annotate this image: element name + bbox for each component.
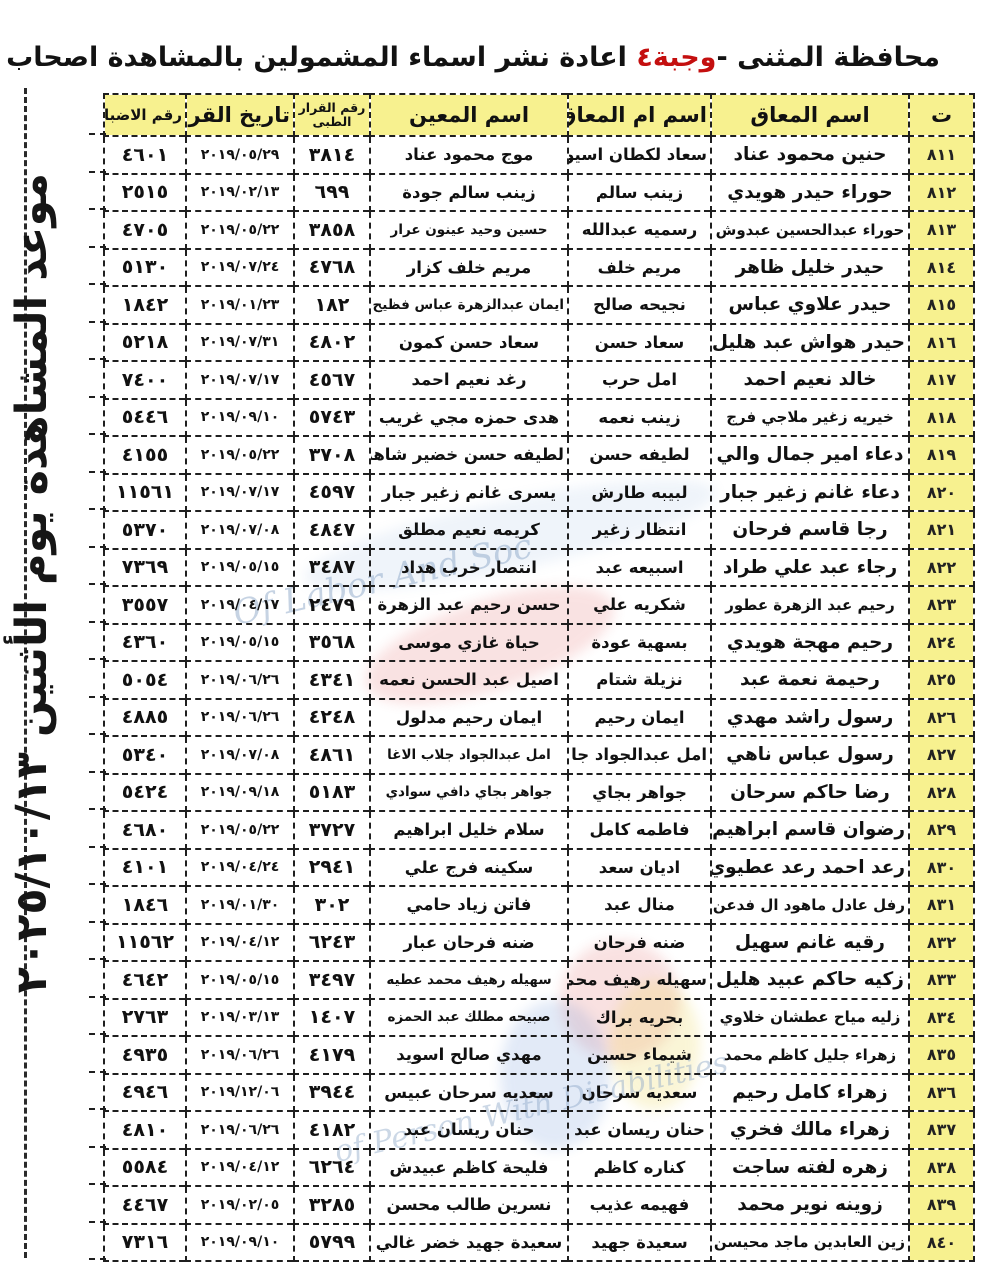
cell-mother: اديان سعد [568,849,711,887]
table-row: ٨١٨خيريه زغير ملاجي فرجزينب نعمههدى حمزه… [104,399,974,437]
cell-appointee: سعاد حسن كمون [370,324,568,362]
cell-disabled: خالد نعيم احمد [711,361,909,399]
cell-appointee: فليحة كاظم عبيدش [370,1149,568,1187]
table-row: ٨٢٣رحيم عبد الزهرة عطورشكريه عليحسن رحيم… [104,586,974,624]
viewing-appointment-date: ٢٠٢٥/١٠/١٣ [7,752,57,993]
cell-file_no: ٤١٠١ [104,849,186,887]
cell-mother: حنان ريسان عبد [568,1111,711,1149]
cell-date: ٢٠١٩/١٢/٠٦ [186,1074,294,1112]
cell-date: ٢٠١٩/٠١/٢٣ [186,286,294,324]
table-row: ٨٤٠زين العابدين ماجد محيسنسعيدة جهيدسعيد… [104,1224,974,1262]
cell-disabled: دعاء امير جمال والي [711,436,909,474]
cell-medical_no: ٢٩٤١ [294,849,370,887]
cell-seq: ٨٣٢ [909,924,974,962]
cell-appointee: ايمان رحيم مدلول [370,699,568,737]
row-line-tick [89,883,106,885]
row-line-tick [89,733,106,735]
row-line-tick [89,846,106,848]
cell-seq: ٨٣٠ [909,849,974,887]
row-line-tick [89,658,106,660]
cell-file_no: ٥٤٤٦ [104,399,186,437]
cell-seq: ٨٣٧ [909,1111,974,1149]
cell-mother: امل عبدالجواد جا [568,736,711,774]
row-line-tick [89,546,106,548]
row-line-tick [89,358,106,360]
cell-file_no: ٤٦٤٢ [104,961,186,999]
cell-mother: شيماء حسين [568,1036,711,1074]
cell-seq: ٨٢٩ [909,811,974,849]
cell-mother: لطيفه حسن [568,436,711,474]
cell-medical_no: ١٤٠٧ [294,999,370,1037]
cell-medical_no: ٣٢٨٥ [294,1186,370,1224]
cell-appointee: ضنه فرحان عبار [370,924,568,962]
cell-disabled: رجاء عبد علي طراد [711,549,909,587]
page-title: محافظة المثنى -وجبة٤ اعادة نشر اسماء الم… [15,42,940,73]
row-line-tick [89,583,106,585]
cell-mother: نزيلة شتام [568,661,711,699]
cell-medical_no: ٣٤٩٧ [294,961,370,999]
cell-date: ٢٠١٩/٠٩/١٠ [186,399,294,437]
cell-appointee: صبيحه مطلك عبد الحمزه [370,999,568,1037]
cell-medical_no: ١٨٢ [294,286,370,324]
cell-seq: ٨٢٥ [909,661,974,699]
cell-date: ٢٠١٩/٠٩/١٠ [186,1224,294,1262]
cell-medical_no: ٤٨٠٢ [294,324,370,362]
row-line-tick [89,996,106,998]
cell-file_no: ٥٤٢٤ [104,774,186,812]
cell-disabled: رحيمة نعمة عبد [711,661,909,699]
cell-appointee: سعديه سرحان عبيس [370,1074,568,1112]
cell-disabled: رقيه غانم سهيل [711,924,909,962]
cell-date: ٢٠١٩/٠٢/١٣ [186,174,294,212]
cell-file_no: ٢٧٦٣ [104,999,186,1037]
scanned-document-page: { "title": { "prefix": "محافظة المثنى -"… [0,0,990,1280]
cell-file_no: ٧٣٦٩ [104,549,186,587]
cell-file_no: ٤٨٨٥ [104,699,186,737]
cell-disabled: رسول عباس ناهي [711,736,909,774]
cell-mother: سعاد حسن [568,324,711,362]
cell-file_no: ٤٧٠٥ [104,211,186,249]
cell-disabled: رحيم مهجة هويدي [711,624,909,662]
cell-appointee: حنان ريسان عبد [370,1111,568,1149]
cell-date: ٢٠١٩/٠٥/٢٢ [186,211,294,249]
cell-seq: ٨٢٢ [909,549,974,587]
cell-disabled: رضوان قاسم ابراهيم [711,811,909,849]
cell-mother: ايمان رحيم [568,699,711,737]
table-row: ٨٢٨رضا حاكم سرحانجواهر بجايجواهر بجاي دا… [104,774,974,812]
cell-appointee: مريم خلف كزار [370,249,568,287]
cell-mother: جواهر بجاي [568,774,711,812]
cell-mother: امل حرب [568,361,711,399]
cell-medical_no: ٤٢٤٨ [294,699,370,737]
cell-disabled: حنين محمود عناد [711,136,909,174]
table-row: ٨٣٢رقيه غانم سهيلضنه فرحانضنه فرحان عبار… [104,924,974,962]
row-line-tick [89,1071,106,1073]
cell-appointee: سعيدة جهيد خضر غالي [370,1224,568,1262]
header-medical-no-line1: رقم القرار [296,101,368,115]
cell-appointee: جواهر بجاي دافي سوادي [370,774,568,812]
records-body: ٨١١حنين محمود عنادسعاد لكطان اسيوموج محم… [104,136,974,1261]
row-line-tick [89,1108,106,1110]
cell-mother: ضنه فرحان [568,924,711,962]
cell-seq: ٨٢١ [909,511,974,549]
cell-disabled: خيريه زغير ملاجي فرج [711,399,909,437]
table-row: ٨٢٥رحيمة نعمة عبدنزيلة شتاماصيل عبد الحس… [104,661,974,699]
cell-medical_no: ٤١٨٢ [294,1111,370,1149]
table-row: ٨١٦حيدر هواش عبد هليلسعاد حسنسعاد حسن كم… [104,324,974,362]
cell-date: ٢٠١٩/٠١/٣٠ [186,886,294,924]
cell-seq: ٨١٥ [909,286,974,324]
cell-date: ٢٠١٩/٠٦/٢٦ [186,699,294,737]
cell-medical_no: ٦٢٦٤ [294,1149,370,1187]
row-line-tick [89,696,106,698]
row-line-tick [89,1258,106,1260]
header-appointee-name: اسم المعين [370,94,568,136]
cell-date: ٢٠١٩/٠٥/٢٩ [186,136,294,174]
cell-seq: ٨٢٤ [909,624,974,662]
cell-appointee: كريمه نعيم مطلق [370,511,568,549]
cell-file_no: ١٨٤٦ [104,886,186,924]
cell-appointee: لطيفه حسن خضير شاهر [370,436,568,474]
cell-mother: لبيبه طارش [568,474,711,512]
cell-file_no: ٣٥٥٧ [104,586,186,624]
cell-mother: سعديه سرحان [568,1074,711,1112]
cell-appointee: رغد نعيم احمد [370,361,568,399]
cell-appointee: حسن رحيم عبد الزهرة [370,586,568,624]
cell-medical_no: ٣٧٢٧ [294,811,370,849]
cell-medical_no: ٣٨٥٨ [294,211,370,249]
cell-mother: مريم خلف [568,249,711,287]
cell-disabled: زين العابدين ماجد محيسن [711,1224,909,1262]
cell-mother: منال عبد [568,886,711,924]
cell-appointee: يسرى غانم زغير جبار [370,474,568,512]
cell-appointee: حياة غازي موسى [370,624,568,662]
cell-mother: بحريه براك [568,999,711,1037]
header-seq: ت [909,94,974,136]
table-row: ٨١٤حيدر خليل ظاهرمريم خلفمريم خلف كزار٤٧… [104,249,974,287]
cell-appointee: مهدي صالح اسويد [370,1036,568,1074]
cell-medical_no: ٤٨٤٧ [294,511,370,549]
cell-appointee: سلام خليل ابراهيم [370,811,568,849]
cell-seq: ٨٣٦ [909,1074,974,1112]
row-line-tick [89,1221,106,1223]
row-line-tick [89,283,106,285]
cell-file_no: ٤٤٦٧ [104,1186,186,1224]
cell-medical_no: ٤٨٦١ [294,736,370,774]
row-line-tick [89,321,106,323]
cell-date: ٢٠١٩/٠٤/١٢ [186,1149,294,1187]
cell-file_no: ٤٨١٠ [104,1111,186,1149]
cell-disabled: زهراء جليل كاظم محمد [711,1036,909,1074]
table-row: ٨٢٠دعاء غانم زغير جبارلبيبه طارشيسرى غان… [104,474,974,512]
header-disabled-name: اسم المعاق [711,94,909,136]
cell-seq: ٨١٢ [909,174,974,212]
header-mother-name: اسم ام المعاق [568,94,711,136]
cell-date: ٢٠١٩/٠٥/٢٢ [186,811,294,849]
cell-seq: ٨٣٨ [909,1149,974,1187]
header-medical-no: رقم القرار الطبى [294,94,370,136]
cell-file_no: ٤١٥٥ [104,436,186,474]
cell-appointee: ايمان عبدالزهرة عباس فظيح [370,286,568,324]
cell-disabled: حوراء عبدالحسين عبدوش [711,211,909,249]
row-line-tick [89,621,106,623]
cell-seq: ٨١٨ [909,399,974,437]
cell-disabled: زليه مياح عطشان خلاوي [711,999,909,1037]
cell-date: ٢٠١٩/٠٥/١٥ [186,549,294,587]
cell-file_no: ٥٢١٨ [104,324,186,362]
cell-disabled: زكيه حاكم عبيد هليل [711,961,909,999]
cell-disabled: حيدر علاوي عباس [711,286,909,324]
title-batch: وجبة٤ [636,42,716,73]
row-line-tick [89,433,106,435]
cell-date: ٢٠١٩/٠٤/١٧ [186,586,294,624]
row-line-tick [89,808,106,810]
cell-mother: فهيمه عذيب [568,1186,711,1224]
table-row: ٨٣١رفل عادل ماهود ال فدعنمنال عبدفاتن زي… [104,886,974,924]
cell-appointee: انتصار حرب هداد [370,549,568,587]
table-row: ٨٢١رجا قاسم فرحانانتظار زغيركريمه نعيم م… [104,511,974,549]
cell-disabled: رسول راشد مهدي [711,699,909,737]
cell-date: ٢٠١٩/٠٥/٢٢ [186,436,294,474]
cell-mother: انتظار زغير [568,511,711,549]
cell-seq: ٨٢٨ [909,774,974,812]
cell-seq: ٨٣١ [909,886,974,924]
cell-seq: ٨٣٣ [909,961,974,999]
row-line-tick [89,508,106,510]
cell-date: ٢٠١٩/٠٦/٢٦ [186,1111,294,1149]
cell-appointee: هدى حمزه مجي غريب [370,399,568,437]
cell-disabled: حيدر خليل ظاهر [711,249,909,287]
cell-seq: ٨١٧ [909,361,974,399]
cell-date: ٢٠١٩/٠٧/١٧ [186,361,294,399]
cell-file_no: ٥٥٨٤ [104,1149,186,1187]
cell-file_no: ١٨٤٢ [104,286,186,324]
cell-seq: ٨٢٠ [909,474,974,512]
cell-date: ٢٠١٩/٠٧/٣١ [186,324,294,362]
table-row: ٨١٩دعاء امير جمال واليلطيفه حسنلطيفه حسن… [104,436,974,474]
row-line-tick [89,471,106,473]
cell-mother: شكريه علي [568,586,711,624]
cell-medical_no: ٤١٧٩ [294,1036,370,1074]
cell-medical_no: ٣٨١٤ [294,136,370,174]
row-line-tick [89,246,106,248]
cell-seq: ٨١٤ [909,249,974,287]
cell-mother: سهيله رهيف محمد [568,961,711,999]
row-line-tick [89,1183,106,1185]
cell-seq: ٨١٣ [909,211,974,249]
cell-disabled: رجا قاسم فرحان [711,511,909,549]
cell-disabled: زهراء مالك فخري [711,1111,909,1149]
cell-appointee: حسين وحيد عينون عرار [370,211,568,249]
table-row: ٨٣٧زهراء مالك فخريحنان ريسان عبدحنان ريس… [104,1111,974,1149]
cell-appointee: سكينه فرج علي [370,849,568,887]
cell-medical_no: ٥٧٤٣ [294,399,370,437]
cell-file_no: ١١٥٦٢ [104,924,186,962]
cell-date: ٢٠١٩/٠٩/١٨ [186,774,294,812]
cell-seq: ٨٣٥ [909,1036,974,1074]
beneficiaries-table: ت اسم المعاق اسم ام المعاق اسم المعين رق… [103,93,975,1262]
cell-date: ٢٠١٩/٠٣/١٣ [186,999,294,1037]
table-row: ٨٣٣زكيه حاكم عبيد هليلسهيله رهيف محمدسهي… [104,961,974,999]
cell-disabled: زوينه نوير محمد [711,1186,909,1224]
cell-disabled: رفل عادل ماهود ال فدعن [711,886,909,924]
cell-file_no: ٤٩٣٥ [104,1036,186,1074]
cell-disabled: حيدر هواش عبد هليل [711,324,909,362]
cell-appointee: نسرين طالب محسن [370,1186,568,1224]
table-row: ٨٣٥زهراء جليل كاظم محمدشيماء حسينمهدي صا… [104,1036,974,1074]
row-line-tick [89,208,106,210]
table-row: ٨٢٤رحيم مهجة هويديبسهية عودةحياة غازي مو… [104,624,974,662]
cell-appointee: زينب سالم جودة [370,174,568,212]
cell-mother: فاطمه كامل [568,811,711,849]
cell-mother: كناره كاظم [568,1149,711,1187]
cell-file_no: ١١٥٦١ [104,474,186,512]
row-line-tick [89,958,106,960]
cell-seq: ٨٣٩ [909,1186,974,1224]
cell-appointee: سهيله رهيف محمد عطيه [370,961,568,999]
cell-date: ٢٠١٩/٠٧/١٧ [186,474,294,512]
cell-disabled: دعاء غانم زغير جبار [711,474,909,512]
table-row: ٨١٣حوراء عبدالحسين عبدوشرسميه عبداللهحسي… [104,211,974,249]
cell-seq: ٨١٦ [909,324,974,362]
cell-date: ٢٠١٩/٠٧/٠٨ [186,736,294,774]
cell-file_no: ٥٠٥٤ [104,661,186,699]
cell-appointee: فاتن زياد حامي [370,886,568,924]
cell-medical_no: ٣٩٤٤ [294,1074,370,1112]
cell-date: ٢٠١٩/٠٦/٢٦ [186,661,294,699]
cell-appointee: موج محمود عناد [370,136,568,174]
cell-medical_no: ٣٧٠٨ [294,436,370,474]
table-row: ٨٣٩زوينه نوير محمدفهيمه عذيبنسرين طالب م… [104,1186,974,1224]
cell-disabled: رضا حاكم سرحان [711,774,909,812]
cell-mother: نجيحه صالح [568,286,711,324]
cell-date: ٢٠١٩/٠٥/١٥ [186,961,294,999]
row-line-tick [89,1146,106,1148]
header-medical-no-line2: الطبى [296,115,368,129]
table-row: ٨١٧خالد نعيم احمدامل حربرغد نعيم احمد٤٥٦… [104,361,974,399]
cell-seq: ٨٢٦ [909,699,974,737]
table-row: ٨١١حنين محمود عنادسعاد لكطان اسيوموج محم… [104,136,974,174]
cell-medical_no: ٦٩٩ [294,174,370,212]
header-row: ت اسم المعاق اسم ام المعاق اسم المعين رق… [104,94,974,136]
cell-medical_no: ٥١٨٣ [294,774,370,812]
cell-medical_no: ٤٥٦٧ [294,361,370,399]
cell-mother: زينب نعمه [568,399,711,437]
cell-seq: ٨٣٤ [909,999,974,1037]
cell-disabled: رحيم عبد الزهرة عطور [711,586,909,624]
cell-date: ٢٠١٩/٠٧/٠٨ [186,511,294,549]
header-file-no: رقم الاضبارة [104,94,186,136]
cell-medical_no: ٣٤٨٧ [294,549,370,587]
row-line-tick [89,771,106,773]
cell-file_no: ٢٥١٥ [104,174,186,212]
row-line-tick [89,171,106,173]
row-line-tick [89,1033,106,1035]
cell-file_no: ٧٣١٦ [104,1224,186,1262]
cell-seq: ٨٢٣ [909,586,974,624]
cell-mother: سعاد لكطان اسيو [568,136,711,174]
cell-date: ٢٠١٩/٠٤/٢٤ [186,849,294,887]
cell-medical_no: ٣٥٦٨ [294,624,370,662]
header-decision-date: تاريخ القرار [186,94,294,136]
cell-file_no: ٥٣٧٠ [104,511,186,549]
cell-medical_no: ٥٧٩٩ [294,1224,370,1262]
table-row: ٨٢٧رسول عباس ناهيامل عبدالجواد جاامل عبد… [104,736,974,774]
cell-seq: ٨٤٠ [909,1224,974,1262]
cell-mother: رسميه عبدالله [568,211,711,249]
cell-date: ٢٠١٩/٠٦/٢٦ [186,1036,294,1074]
row-line-tick [89,921,106,923]
table-row: ٨٣٠رعد احمد رعد عطيوياديان سعدسكينه فرج … [104,849,974,887]
cell-mother: سعيدة جهيد [568,1224,711,1262]
cell-appointee: اصيل عبد الحسن نعمه [370,661,568,699]
table-row: ٨٢٢رجاء عبد علي طراداسبيعه عبدانتصار حرب… [104,549,974,587]
cell-file_no: ٤٦٨٠ [104,811,186,849]
cell-mother: بسهية عودة [568,624,711,662]
cell-date: ٢٠١٩/٠٧/٢٤ [186,249,294,287]
row-line-tick [89,396,106,398]
title-middle: اعادة نشر اسماء المشمولين بالمشاهدة اصحا… [0,42,636,73]
cell-file_no: ٧٤٠٠ [104,361,186,399]
cell-file_no: ٤٩٤٦ [104,1074,186,1112]
cell-medical_no: ٤٥٩٧ [294,474,370,512]
viewing-appointment-text: موعد المشاهدة يوم الأثنين [7,173,57,737]
title-prefix: محافظة المثنى - [716,42,940,73]
cell-disabled: حوراء حيدر هويدي [711,174,909,212]
cell-seq: ٨١٩ [909,436,974,474]
table-row: ٨١٢حوراء حيدر هويديزينب سالمزينب سالم جو… [104,174,974,212]
cell-file_no: ٤٣٦٠ [104,624,186,662]
cell-mother: اسبيعه عبد [568,549,711,587]
table-row: ٨٢٦رسول راشد مهديايمان رحيمايمان رحيم مد… [104,699,974,737]
table-row: ٨٣٦زهراء كامل رحيمسعديه سرحانسعديه سرحان… [104,1074,974,1112]
cell-medical_no: ٢٤٧٩ [294,586,370,624]
cell-file_no: ٥٣٤٠ [104,736,186,774]
table-row: ٨٣٨زهره لفته ساجتكناره كاظمفليحة كاظم عب… [104,1149,974,1187]
cell-medical_no: ٤٧٦٨ [294,249,370,287]
cell-date: ٢٠١٩/٠٥/١٥ [186,624,294,662]
cell-seq: ٨١١ [909,136,974,174]
cell-appointee: امل عبدالجواد جلاب الاغا [370,736,568,774]
table-row: ٨٢٩رضوان قاسم ابراهيمفاطمه كاملسلام خليل… [104,811,974,849]
cell-date: ٢٠١٩/٠٢/٠٥ [186,1186,294,1224]
cell-disabled: زهره لفته ساجت [711,1149,909,1187]
cell-disabled: زهراء كامل رحيم [711,1074,909,1112]
cell-file_no: ٤٦٠١ [104,136,186,174]
cell-date: ٢٠١٩/٠٤/١٢ [186,924,294,962]
cell-medical_no: ٦٢٤٣ [294,924,370,962]
cell-disabled: رعد احمد رعد عطيوي [711,849,909,887]
cell-medical_no: ٣٠٢ [294,886,370,924]
cell-mother: زينب سالم [568,174,711,212]
table-row: ٨٣٤زليه مياح عطشان خلاويبحريه براكصبيحه … [104,999,974,1037]
cell-medical_no: ٤٣٤١ [294,661,370,699]
cell-seq: ٨٢٧ [909,736,974,774]
viewing-appointment-note: موعد المشاهدة يوم الأثنين ٢٠٢٥/١٠/١٣ [7,163,99,1193]
cell-file_no: ٥١٣٠ [104,249,186,287]
row-line-tick [89,133,106,135]
table-row: ٨١٥حيدر علاوي عباسنجيحه صالحايمان عبدالز… [104,286,974,324]
